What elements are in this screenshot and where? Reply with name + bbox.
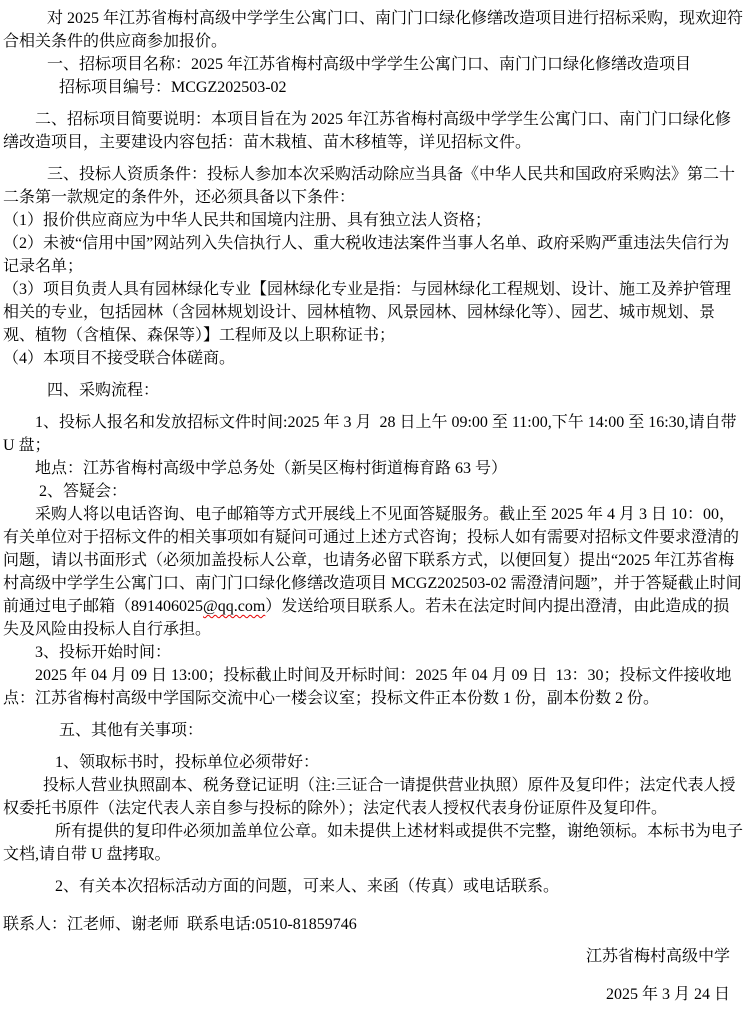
- issue-date: 2025 年 3 月 24 日: [3, 983, 745, 1006]
- section1-project-name: 一、招标项目名称：2025 年江苏省梅村高级中学学生公寓门口、南门门口绿化修缮改…: [3, 53, 745, 76]
- tender-notice-document: 对 2025 年江苏省梅村高级中学学生公寓门口、南门门口绿化修缮改造项目进行招标…: [0, 0, 749, 1011]
- section2-project-description: 二、招标项目简要说明：本项目旨在为 2025 年江苏省梅村高级中学学生公寓门口、…: [3, 108, 745, 154]
- step1-registration-time: 1、投标人报名和发放招标文件时间:2025 年 3 月 28 日上午 09:00…: [3, 411, 745, 457]
- issuer-signature: 江苏省梅村高级中学: [3, 945, 745, 968]
- step3-bid-times: 2025 年 04 月 09 日 13:00；投标截止时间及开标时间：2025 …: [3, 664, 745, 710]
- section1-project-code: 招标项目编号：MCGZ202503-02: [3, 76, 745, 99]
- qualification-condition-3: （3）项目负责人具有园林绿化专业【园林绿化专业是指：与园林绿化工程规划、设计、施…: [3, 278, 745, 347]
- qualification-condition-1: （1）报价供应商应为中华人民共和国境内注册、具有独立法人资格；: [3, 209, 745, 232]
- intro-paragraph: 对 2025 年江苏省梅村高级中学学生公寓门口、南门门口绿化修缮改造项目进行招标…: [3, 7, 745, 53]
- other-item1-heading: 1、领取标书时，投标单位必须带好：: [3, 751, 745, 774]
- qualification-condition-2: （2）未被“信用中国”网站列入失信执行人、重大税收违法案件当事人名单、政府采购严…: [3, 232, 745, 278]
- step2-heading: 2、答疑会：: [3, 480, 745, 503]
- step1-location: 地点：江苏省梅村高级中学总务处（新吴区梅村街道梅育路 63 号）: [3, 457, 745, 480]
- step2-qa-body: 采购人将以电话咨询、电子邮箱等方式开展线上不见面答疑服务。截止至 2025 年 …: [3, 503, 745, 641]
- contact-persons-line: 联系人：江老师、谢老师 联系电话:0510-81859746: [3, 913, 745, 936]
- contact-email-domain: @qq.com: [203, 598, 265, 615]
- qualification-condition-4: （4）本项目不接受联合体磋商。: [3, 347, 745, 370]
- section3-qualification-intro: 三、投标人资质条件：投标人参加本次采购活动除应当具备《中华人民共和国政府采购法》…: [3, 163, 745, 209]
- other-item2-contact-methods: 2、有关本次招标活动方面的问题，可来人、来函（传真）或电话联系。: [3, 875, 745, 898]
- other-item1-stamp-note: 所有提供的复印件必须加盖单位公章。如未提供上述材料或提供不完整，谢绝领标。本标书…: [3, 820, 745, 866]
- section5-heading: 五、其他有关事项：: [3, 719, 745, 742]
- contact-email-user: 891406025: [131, 598, 203, 615]
- other-item1-required-documents: 投标人营业执照副本、税务登记证明（注:三证合一请提供营业执照）原件及复印件；法定…: [3, 774, 745, 820]
- section4-heading: 四、采购流程：: [3, 379, 745, 402]
- step3-heading: 3、投标开始时间：: [3, 641, 745, 664]
